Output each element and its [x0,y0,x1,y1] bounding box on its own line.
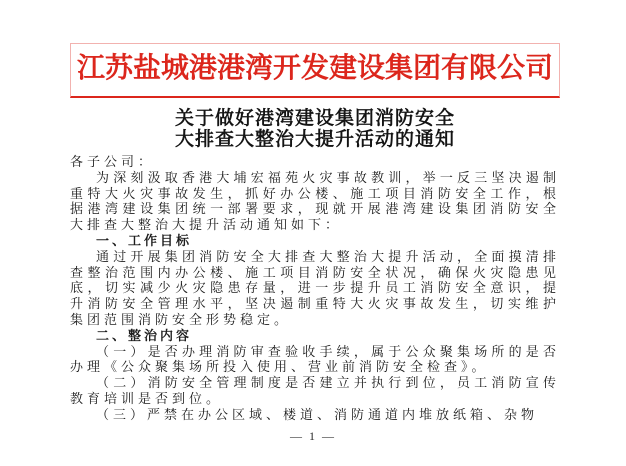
document-title-line1: 关于做好港湾建设集团消防安全 [70,108,560,129]
page-number: — 1 — [0,429,626,444]
document-title: 关于做好港湾建设集团消防安全 大排查大整治大提升活动的通知 [70,108,560,150]
body-salutation: 各子公司： [70,154,560,170]
red-head-box: 江苏盐城港港湾开发建设集团有限公司 [70,43,560,98]
body-paragraph: 为深刻汲取香港大埔宏福苑火灾事故教训，举一反三坚决遏制重特大火灾事故发生，抓好办… [70,170,560,233]
document-body: 各子公司：为深刻汲取香港大埔宏福苑火灾事故教训，举一反三坚决遏制重特大火灾事故发… [70,154,560,423]
body-heading: 二、整治内容 [70,328,560,344]
body-paragraph: （一）是否办理消防审查验收手续，属于公众聚集场所的是否办理《公众聚集场所投入使用… [70,344,560,376]
document-page: 江苏盐城港港湾开发建设集团有限公司 关于做好港湾建设集团消防安全 大排查大整治大… [0,0,626,466]
body-paragraph: （二）消防安全管理制度是否建立并执行到位，员工消防宣传教育培训是否到位。 [70,375,560,407]
body-paragraph: （三）严禁在办公区域、楼道、消防通道内堆放纸箱、杂物 [70,407,560,423]
body-heading: 一、工作目标 [70,233,560,249]
document-title-line2: 大排查大整治大提升活动的通知 [70,129,560,150]
company-name: 江苏盐城港港湾开发建设集团有限公司 [71,46,559,92]
body-paragraph: 通过开展集团消防安全大排查大整治大提升活动，全面摸清排查整治范围内办公楼、施工项… [70,249,560,328]
